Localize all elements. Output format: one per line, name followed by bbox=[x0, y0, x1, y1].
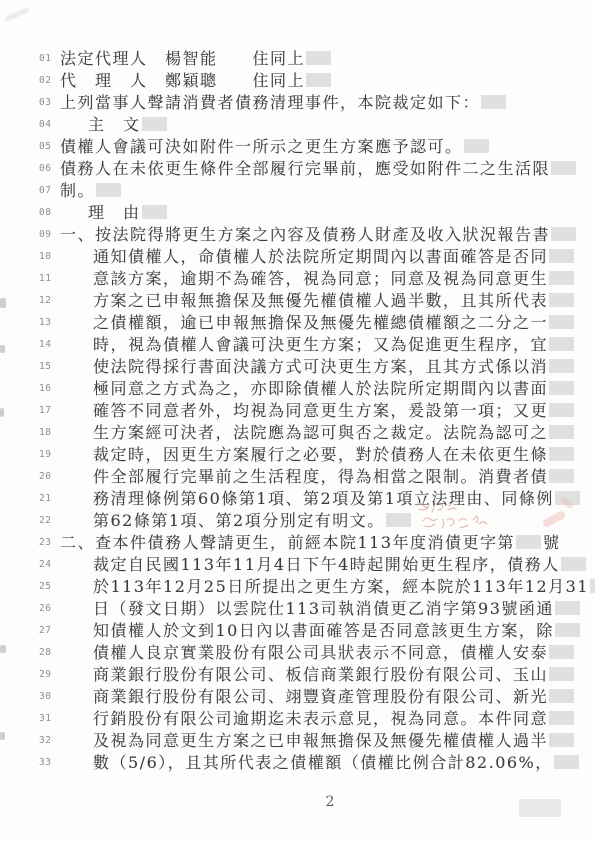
line-number: 19 bbox=[39, 444, 59, 466]
document-line: 15 使法院得採行書面決議方式可決更生方案，且其方式係以消 bbox=[0, 356, 595, 378]
line-text: 方案之已申報無擔保及無優先權債權人過半數，且其所代表 bbox=[93, 290, 576, 312]
line-text: 上列當事人聲請消費者債務清理事件，本院裁定如下： bbox=[60, 92, 508, 114]
line-number: 02 bbox=[39, 70, 59, 92]
line-text: 裁定自民國113年11月4日下午4時起開始更生程序，債務人 bbox=[93, 554, 588, 576]
inline-redaction-box bbox=[549, 469, 574, 483]
line-number: 26 bbox=[39, 598, 59, 620]
line-number: 24 bbox=[39, 554, 59, 576]
line-number: 20 bbox=[39, 466, 59, 488]
inline-redaction-box bbox=[549, 271, 574, 285]
line-number: 18 bbox=[39, 422, 59, 444]
line-number: 16 bbox=[39, 378, 59, 400]
inline-redaction-box bbox=[464, 139, 489, 153]
inline-redaction-box bbox=[549, 645, 574, 659]
inline-redaction-box bbox=[549, 293, 574, 307]
line-text: 債務人在未依更生條件全部履行完畢前，應受如附件二之生活限 bbox=[60, 158, 578, 180]
line-text: 時，視為債權人會議可決更生方案；又為促進更生程序，宜 bbox=[93, 334, 576, 356]
line-number: 06 bbox=[39, 158, 59, 180]
inline-redaction-box bbox=[549, 381, 574, 395]
document-line: 05 債權人會議可決如附件一所示之更生方案應予認可。 bbox=[0, 136, 595, 158]
document-line: 08 理 由 bbox=[0, 202, 595, 224]
document-line: 33 數（5/6），且其所代表之債權額（債權比例合計82.06%， bbox=[0, 752, 595, 774]
line-text: 商業銀行股份有限公司、翊豐資產管理股份有限公司、新光 bbox=[93, 686, 576, 708]
document-line: 17 確答不同意者外，均視為同意更生方案，爰設第一項；又更 bbox=[0, 400, 595, 422]
inline-redaction-box bbox=[549, 315, 574, 329]
document-line: 27 知債權人於文到10日內以書面確答是否同意該更生方案，除 bbox=[0, 620, 595, 642]
inline-redaction-box bbox=[481, 95, 506, 109]
inline-redaction-box bbox=[549, 667, 574, 681]
document-line: 04 主 文 bbox=[0, 114, 595, 136]
inline-redaction-box bbox=[142, 205, 167, 219]
inline-redaction-box bbox=[549, 733, 574, 747]
line-text: 知債權人於文到10日內以書面確答是否同意該更生方案，除 bbox=[93, 620, 582, 642]
document-line: 10 通知債權人，命債權人於法院所定期間內以書面確答是否同 bbox=[0, 246, 595, 268]
line-number: 23 bbox=[39, 532, 59, 554]
line-text: 及視為同意更生方案之已申報無擔保及無優先權債權人過半 bbox=[93, 730, 576, 752]
document-line: 13 之債權額，逾已申報無擔保及無優先權總債權額之二分之一 bbox=[0, 312, 595, 334]
line-number: 22 bbox=[39, 510, 59, 532]
document-line: 20 件全部履行完畢前之生活程度，得為相當之限制。消費者債 bbox=[0, 466, 595, 488]
line-text: 代 理 人 鄭穎聰 住同上 bbox=[60, 70, 333, 92]
inline-redaction-box bbox=[549, 403, 574, 417]
line-text: 行銷股份有限公司逾期迄未表示意見，視為同意。本件同意 bbox=[93, 708, 576, 730]
inline-redaction-box bbox=[555, 623, 580, 637]
line-number: 21 bbox=[39, 488, 59, 510]
line-number: 31 bbox=[39, 708, 59, 730]
line-number: 01 bbox=[39, 48, 59, 70]
document-line: 23 二、查本件債務人聲請更生，前經本院113年度消債更字第號 bbox=[0, 532, 595, 554]
document-line: 24 裁定自民國113年11月4日下午4時起開始更生程序，債務人 bbox=[0, 554, 595, 576]
document-line: 16 極同意之方式為之，亦即除債權人於法院所定期間內以書面 bbox=[0, 378, 595, 400]
line-number: 32 bbox=[39, 730, 59, 752]
line-text: 之債權額，逾已申報無擔保及無優先權總債權額之二分之一 bbox=[93, 312, 576, 334]
document-line: 25 於113年12月25日所提出之更生方案，經本院於113年12月31 bbox=[0, 576, 595, 598]
line-number: 15 bbox=[39, 356, 59, 378]
line-number: 05 bbox=[39, 136, 59, 158]
line-number: 33 bbox=[39, 752, 59, 774]
line-text: 通知債權人，命債權人於法院所定期間內以書面確答是否同 bbox=[93, 246, 576, 268]
document-line: 03 上列當事人聲請消費者債務清理事件，本院裁定如下： bbox=[0, 92, 595, 114]
document-line: 28 債權人良京實業股份有限公司具狀表示不同意，債權人安泰 bbox=[0, 642, 595, 664]
court-ruling-scanned-page: 01 法定代理人 楊智能 住同上 02 代 理 人 鄭穎聰 住同上 03 上列當… bbox=[0, 0, 595, 842]
inline-redaction-box bbox=[555, 601, 580, 615]
inline-redaction-box bbox=[549, 447, 574, 461]
line-number: 14 bbox=[39, 334, 59, 356]
inline-redaction-box bbox=[549, 249, 574, 263]
line-text: 裁定時，因更生方案履行之必要，對於債務人在未依更生條 bbox=[93, 444, 576, 466]
document-line: 02 代 理 人 鄭穎聰 住同上 bbox=[0, 70, 595, 92]
line-text: 日（發文日期）以雲院仕113司執消債更乙消字第93號函通 bbox=[93, 598, 582, 620]
document-line: 06 債務人在未依更生條件全部履行完畢前，應受如附件二之生活限 bbox=[0, 158, 595, 180]
document-line: 12 方案之已申報無擔保及無優先權債權人過半數，且其所代表 bbox=[0, 290, 595, 312]
line-number: 03 bbox=[39, 92, 59, 114]
line-number: 29 bbox=[39, 664, 59, 686]
document-lines: 01 法定代理人 楊智能 住同上 02 代 理 人 鄭穎聰 住同上 03 上列當… bbox=[0, 48, 595, 774]
inline-redaction-box bbox=[551, 227, 576, 241]
line-text: 生方案經可決者，法院應為認可與否之裁定。法院為認可之 bbox=[93, 422, 576, 444]
document-line: 07 制。 bbox=[0, 180, 595, 202]
inline-redaction-box bbox=[549, 425, 574, 439]
document-line: 18 生方案經可決者，法院應為認可與否之裁定。法院為認可之 bbox=[0, 422, 595, 444]
line-text: 確答不同意者外，均視為同意更生方案，爰設第一項；又更 bbox=[93, 400, 576, 422]
line-text: 二、查本件債務人聲請更生，前經本院113年度消債更字第號 bbox=[60, 532, 561, 554]
line-text: 主 文 bbox=[88, 114, 169, 136]
inline-redaction-box bbox=[549, 689, 574, 703]
inline-redaction-box bbox=[549, 337, 574, 351]
inline-redaction-box bbox=[96, 183, 121, 197]
inline-redaction-box bbox=[554, 755, 579, 769]
line-number: 13 bbox=[39, 312, 59, 334]
line-text: 商業銀行股份有限公司、板信商業銀行股份有限公司、玉山 bbox=[93, 664, 576, 686]
line-number: 04 bbox=[39, 114, 59, 136]
line-text: 第62條第1項、第2項分別定有明文。 bbox=[93, 510, 413, 532]
line-number: 09 bbox=[39, 224, 59, 246]
inline-redaction-box bbox=[551, 161, 576, 175]
inline-redaction-box bbox=[142, 117, 167, 131]
line-number: 27 bbox=[39, 620, 59, 642]
line-text: 制。 bbox=[60, 180, 123, 202]
inline-redaction-box bbox=[306, 73, 331, 87]
line-text: 意該方案，逾期不為確答，視為同意；同意及視為同意更生 bbox=[93, 268, 576, 290]
document-line: 31 行銷股份有限公司逾期迄未表示意見，視為同意。本件同意 bbox=[0, 708, 595, 730]
line-number: 07 bbox=[39, 180, 59, 202]
line-number: 17 bbox=[39, 400, 59, 422]
line-text: 債權人良京實業股份有限公司具狀表示不同意，債權人安泰 bbox=[93, 642, 576, 664]
document-line: 09 一、按法院得將更生方案之內容及債務人財產及收入狀況報告書 bbox=[0, 224, 595, 246]
scan-artifact bbox=[4, 7, 30, 22]
red-handwriting-stamp bbox=[413, 497, 553, 533]
line-number: 30 bbox=[39, 686, 59, 708]
line-text: 債權人會議可決如附件一所示之更生方案應予認可。 bbox=[60, 136, 491, 158]
line-number: 25 bbox=[39, 576, 59, 598]
line-number: 11 bbox=[39, 268, 59, 290]
line-number: 10 bbox=[39, 246, 59, 268]
inline-redaction-box bbox=[561, 557, 586, 571]
line-text: 於113年12月25日所提出之更生方案，經本院於113年12月31 bbox=[93, 576, 595, 598]
line-text: 理 由 bbox=[88, 202, 169, 224]
inline-redaction-box bbox=[549, 711, 574, 725]
line-text: 法定代理人 楊智能 住同上 bbox=[60, 48, 333, 70]
line-text: 數（5/6），且其所代表之債權額（債權比例合計82.06%， bbox=[93, 752, 581, 774]
line-number: 28 bbox=[39, 642, 59, 664]
inline-redaction-box bbox=[590, 579, 595, 593]
document-line: 30 商業銀行股份有限公司、翊豐資產管理股份有限公司、新光 bbox=[0, 686, 595, 708]
document-line: 26 日（發文日期）以雲院仕113司執消債更乙消字第93號函通 bbox=[0, 598, 595, 620]
document-line: 29 商業銀行股份有限公司、板信商業銀行股份有限公司、玉山 bbox=[0, 664, 595, 686]
document-line: 14 時，視為債權人會議可決更生方案；又為促進更生程序，宜 bbox=[0, 334, 595, 356]
inline-redaction-box bbox=[386, 513, 411, 527]
inline-redaction-box bbox=[516, 535, 541, 549]
document-line: 11 意該方案，逾期不為確答，視為同意；同意及視為同意更生 bbox=[0, 268, 595, 290]
line-number: 12 bbox=[39, 290, 59, 312]
document-line: 32 及視為同意更生方案之已申報無擔保及無優先權債權人過半 bbox=[0, 730, 595, 752]
line-number: 08 bbox=[39, 202, 59, 224]
footer-redaction-box bbox=[519, 799, 561, 817]
inline-redaction-box bbox=[549, 359, 574, 373]
page-number: 2 bbox=[318, 794, 342, 810]
line-text: 件全部履行完畢前之生活程度，得為相當之限制。消費者債 bbox=[93, 466, 576, 488]
line-text: 使法院得採行書面決議方式可決更生方案，且其方式係以消 bbox=[93, 356, 576, 378]
document-line: 01 法定代理人 楊智能 住同上 bbox=[0, 48, 595, 70]
document-line: 19 裁定時，因更生方案履行之必要，對於債務人在未依更生條 bbox=[0, 444, 595, 466]
line-text: 極同意之方式為之，亦即除債權人於法院所定期間內以書面 bbox=[93, 378, 576, 400]
line-text: 一、按法院得將更生方案之內容及債務人財產及收入狀況報告書 bbox=[60, 224, 578, 246]
inline-redaction-box bbox=[306, 51, 331, 65]
